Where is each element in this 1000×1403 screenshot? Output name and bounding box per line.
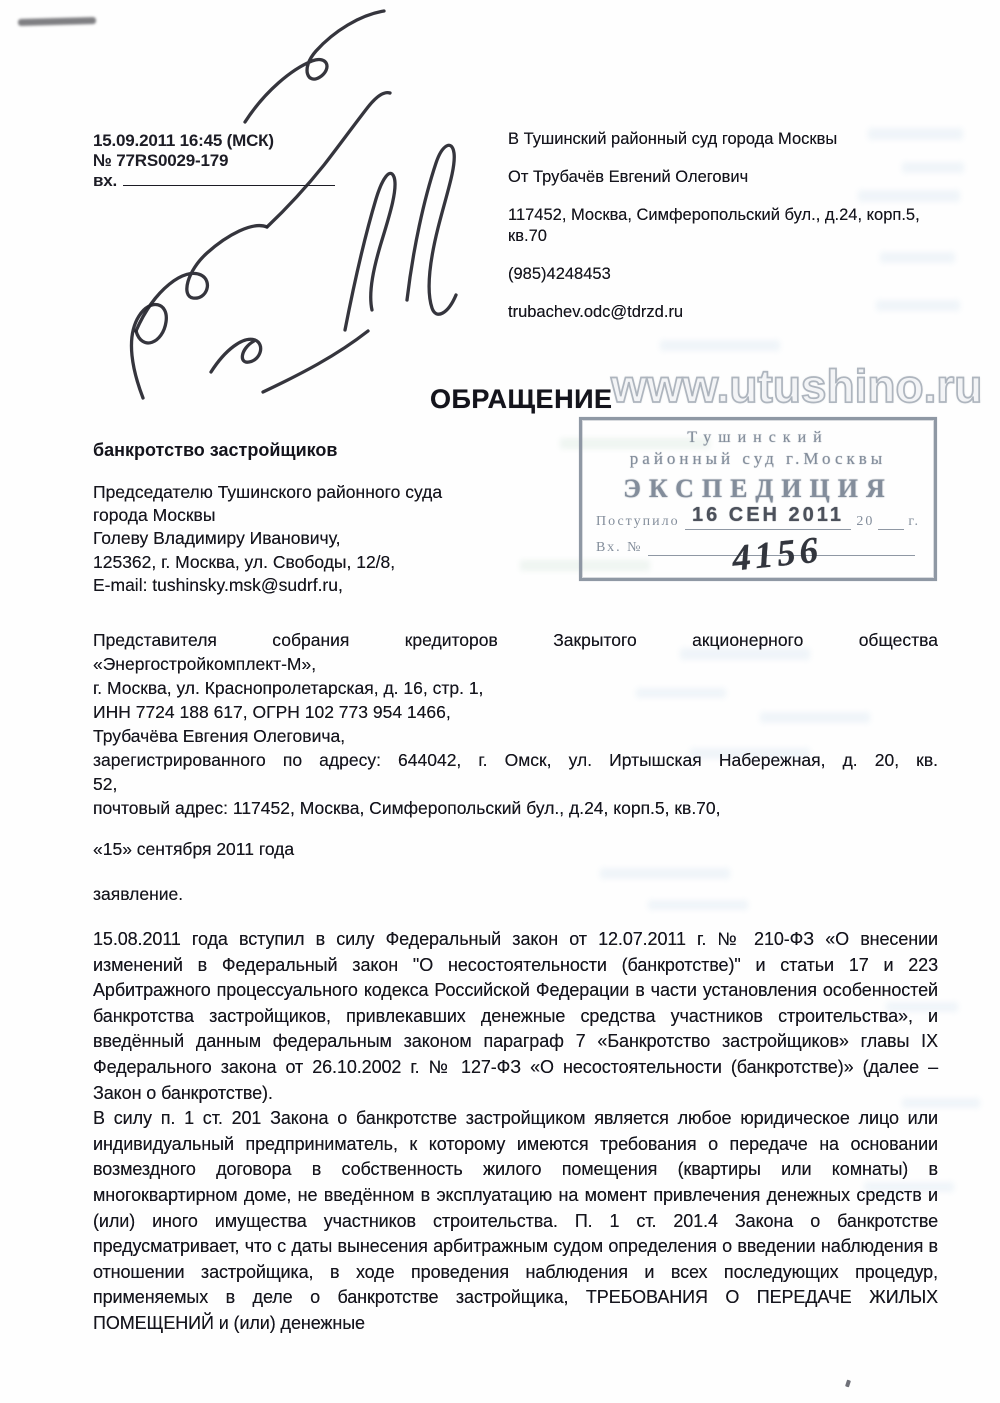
sender-block: В Тушинский районный суд города Москвы О… <box>508 129 960 340</box>
sender-phone: (985)4248453 <box>508 264 960 285</box>
stamp-department: ЭКСПЕДИЦИЯ <box>582 474 934 504</box>
stamp-received-row: Поступило 16 СЕН 2011 20 г. <box>596 514 920 530</box>
sender-from: От Трубачёв Евгений Олегович <box>508 167 960 188</box>
stamp-received-label: Поступило <box>596 514 680 530</box>
document-title: ОБРАЩЕНИЕ <box>430 384 612 415</box>
statement-label: заявление. <box>93 884 183 905</box>
addressee-line: Председателю Тушинского районного суда <box>93 481 442 504</box>
subject-line: банкротство застройщиков <box>93 440 337 461</box>
applicant-line: г. Москва, ул. Краснопролетарская, д. 16… <box>93 676 938 700</box>
addressee-line: 125362, г. Москва, ул. Свободы, 12/8, <box>93 551 442 574</box>
ink-speck <box>845 1380 851 1388</box>
stamp-incoming-label: Вх. № <box>596 540 643 556</box>
applicant-line: Представителя собрания кредиторов Закрыт… <box>93 628 938 652</box>
registration-meta: 15.09.2011 16:45 (МСК) № 77RS0029-179 вх… <box>93 131 335 191</box>
addressee-line: Голеву Владимиру Ивановичу, <box>93 527 442 550</box>
stamp-date-line: 16 СЕН 2011 <box>685 514 852 530</box>
addressee-block: Председателю Тушинского районного суда г… <box>93 481 442 597</box>
stamp-court-line2: районный суд г.Москвы <box>582 449 934 469</box>
stamp-year-blank <box>878 514 904 530</box>
applicant-line: ИНН 7724 188 617, ОГРН 102 773 954 1466, <box>93 700 938 724</box>
expedition-stamp: Тушинский районный суд г.Москвы ЭКСПЕДИЦ… <box>579 417 937 581</box>
incoming-blank-line <box>123 171 335 186</box>
sender-email: trubachev.odc@tdrzd.ru <box>508 302 960 323</box>
incoming-label: вх. <box>93 171 117 190</box>
sender-court: В Тушинский районный суд города Москвы <box>508 129 960 150</box>
bleed-through-mark <box>660 340 780 351</box>
applicant-line: зарегистрированного по адресу: 644042, г… <box>93 748 938 772</box>
registration-incoming-row: вх. <box>93 171 335 191</box>
addressee-line: города Москвы <box>93 504 442 527</box>
body-paragraph-1: 15.08.2011 года вступил в силу Федеральн… <box>93 927 938 1106</box>
bleed-through-mark <box>600 868 730 879</box>
applicant-line: «Энергостройкомплект-М», <box>93 652 938 676</box>
document-date: «15» сентября 2011 года <box>93 839 294 860</box>
sender-address: 117452, Москва, Симферопольский бул., д.… <box>508 205 960 247</box>
scanned-court-document: 15.09.2011 16:45 (МСК) № 77RS0029-179 вх… <box>0 0 1000 1403</box>
registration-case-number: № 77RS0029-179 <box>93 151 335 171</box>
applicant-line: Трубачёва Евгения Олеговича, <box>93 724 938 748</box>
stamp-date: 16 СЕН 2011 <box>692 504 844 527</box>
handwritten-note <box>15 0 485 410</box>
applicant-line: почтовый адрес: 117452, Москва, Симфероп… <box>93 796 938 820</box>
applicant-block: Представителя собрания кредиторов Закрыт… <box>93 628 938 820</box>
applicant-line: 52, <box>93 772 938 796</box>
site-watermark: www.utushino.ru <box>611 359 982 413</box>
body-paragraph-2: В силу п. 1 ст. 201 Закона о банкротстве… <box>93 1106 938 1336</box>
stamp-year-prefix: 20 <box>856 514 874 530</box>
addressee-line: E-mail: tushinsky.msk@sudrf.ru, <box>93 574 442 597</box>
scan-smudge <box>18 17 96 26</box>
stamp-year-suffix: г. <box>908 514 920 530</box>
bleed-through-mark <box>648 900 748 910</box>
body-text: 15.08.2011 года вступил в силу Федеральн… <box>93 927 938 1337</box>
registration-timestamp: 15.09.2011 16:45 (МСК) <box>93 131 335 151</box>
handwritten-incoming-number: 4156 <box>730 528 824 580</box>
stamp-court-line1: Тушинский <box>582 429 934 447</box>
